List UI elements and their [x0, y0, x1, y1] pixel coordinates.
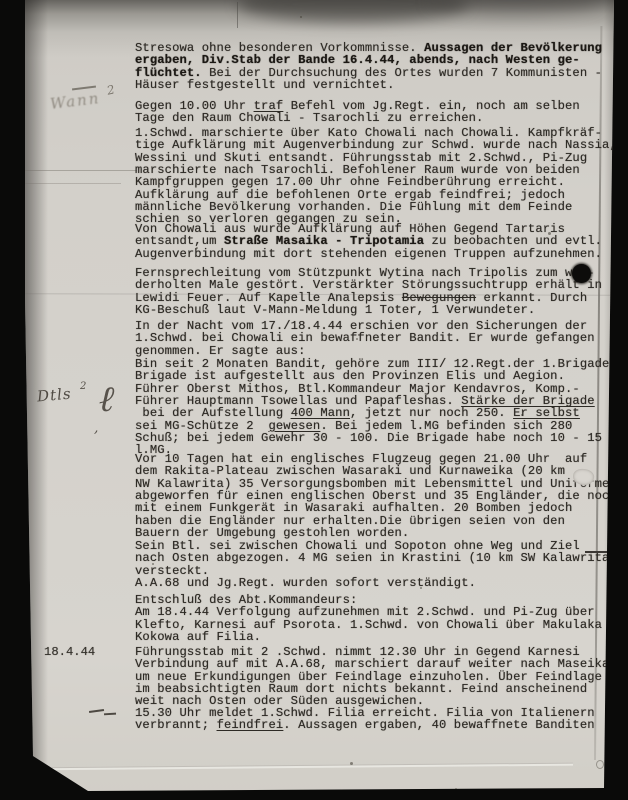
- text-segment: Kokowa auf Filia.: [135, 630, 261, 644]
- paragraph-3: 1.Schwd. marschierte über Kato Chowali n…: [135, 127, 627, 226]
- handwritten-annotation: Dtls: [36, 385, 72, 406]
- paragraph-11: Entschluß des Abt.Kommandeurs:Am 18.4.44…: [135, 594, 627, 643]
- paragraph-2: Gegen 10.00 Uhr traf Befehl vom Jg.Regt.…: [135, 100, 627, 125]
- text-line: verbrannt; feindfrei. Aussagen ergaben, …: [135, 719, 627, 731]
- ink-speck: [350, 762, 353, 765]
- crease-line: [25, 183, 121, 184]
- paragraph-5: Fernsprechleitung vom Stützpunkt Wytina …: [135, 267, 627, 316]
- margin-date: 18.4.44: [44, 645, 95, 659]
- paragraph-13: 15.30 Uhr meldet 1.Schwd. Filia erreicht…: [135, 707, 627, 732]
- paragraph-12: Führungsstab mit 2 .Schwd. nimmt 12.30 U…: [135, 646, 627, 708]
- text-line: Bauern der Umgebung gestohlen worden.: [135, 527, 627, 539]
- handwritten-script-letter: ℓ: [98, 378, 115, 421]
- text-line: Schuß; bei jedem Gewehr 30 - 100. Die Br…: [135, 432, 627, 444]
- paragraph-1: Stresowa ohne besonderen Vorkommnisse. A…: [135, 42, 627, 91]
- margin-line: [585, 551, 609, 553]
- punch-hole: [572, 264, 591, 283]
- paragraph-10: A.A.68 und Jg.Regt. wurden sofort verstä…: [135, 577, 627, 589]
- paragraph-7: Bin seit 2 Monaten Bandit, gehöre zum II…: [135, 358, 627, 457]
- text-line: KG-Beschuß laut V-Mann-Meldung 1 Toter, …: [135, 304, 627, 316]
- paragraph-9: Sein Btl. sei zwischen Chowali und Sopot…: [135, 540, 627, 577]
- text-segment: Tage den Raum Chowali - Tsarochli zu err…: [135, 111, 483, 125]
- pencil-dash: [89, 709, 104, 713]
- text-segment: genommen. Er sagte aus:: [135, 344, 306, 358]
- scanned-page: Stresowa ohne besonderen Vorkommnisse. A…: [0, 0, 628, 800]
- margin-dot: [609, 548, 612, 551]
- text-segment: A.A.68 und Jg.Regt. wurden sofort verstä…: [135, 576, 476, 590]
- text-segment: feindfrei: [217, 718, 284, 732]
- text-line: genommen. Er sagte aus:: [135, 345, 627, 357]
- crease-line: [25, 170, 137, 171]
- handwritten-annotation-sup: 2: [80, 381, 86, 392]
- ink-speck: [300, 16, 302, 18]
- text-segment: . Aussagen ergaben, 40 bewaffnete Bandit…: [283, 718, 594, 732]
- text-segment: Augenverbindung mit dort stehenden eigen…: [135, 247, 602, 261]
- text-line: Häuser festgestellt und vernichtet.: [135, 79, 627, 91]
- text-line: A.A.68 und Jg.Regt. wurden sofort verstä…: [135, 577, 627, 589]
- handwritten-annotation-sup: 2: [106, 82, 116, 97]
- handwritten-tick: ,: [94, 420, 98, 436]
- text-line: Tage den Raum Chowali - Tsarochli zu err…: [135, 112, 627, 124]
- text-line: Kokowa auf Filia.: [135, 631, 627, 643]
- pencil-dash: [104, 713, 116, 715]
- pencil-mark: [596, 760, 604, 769]
- paragraph-4: Von Chowali aus wurde Aufklärung auf Höh…: [135, 223, 627, 260]
- paragraph-6: In der Nacht vom 17./18.4.44 erschien vo…: [135, 320, 627, 357]
- text-segment: Häuser festgestellt und vernichtet.: [135, 78, 394, 92]
- paper-sheet: Stresowa ohne besonderen Vorkommnisse. A…: [0, 0, 628, 800]
- text-segment: Schuß; bei jedem Gewehr 30 - 100. Die Br…: [135, 431, 602, 445]
- text-line: Augenverbindung mit dort stehenden eigen…: [135, 248, 627, 260]
- scratch-mark: [237, 2, 238, 28]
- crease-line: [28, 763, 573, 771]
- ink-speck: [455, 788, 457, 790]
- text-segment: verbrannt;: [135, 718, 217, 732]
- handwritten-annotation: Wann: [49, 89, 101, 113]
- text-segment: Bauern der Umgebung gestohlen worden.: [135, 526, 409, 540]
- paragraph-8: Vor 10 Tagen hat ein englisches Flugzeug…: [135, 453, 627, 539]
- text-segment: KG-Beschuß laut V-Mann-Meldung 1 Toter, …: [135, 303, 535, 317]
